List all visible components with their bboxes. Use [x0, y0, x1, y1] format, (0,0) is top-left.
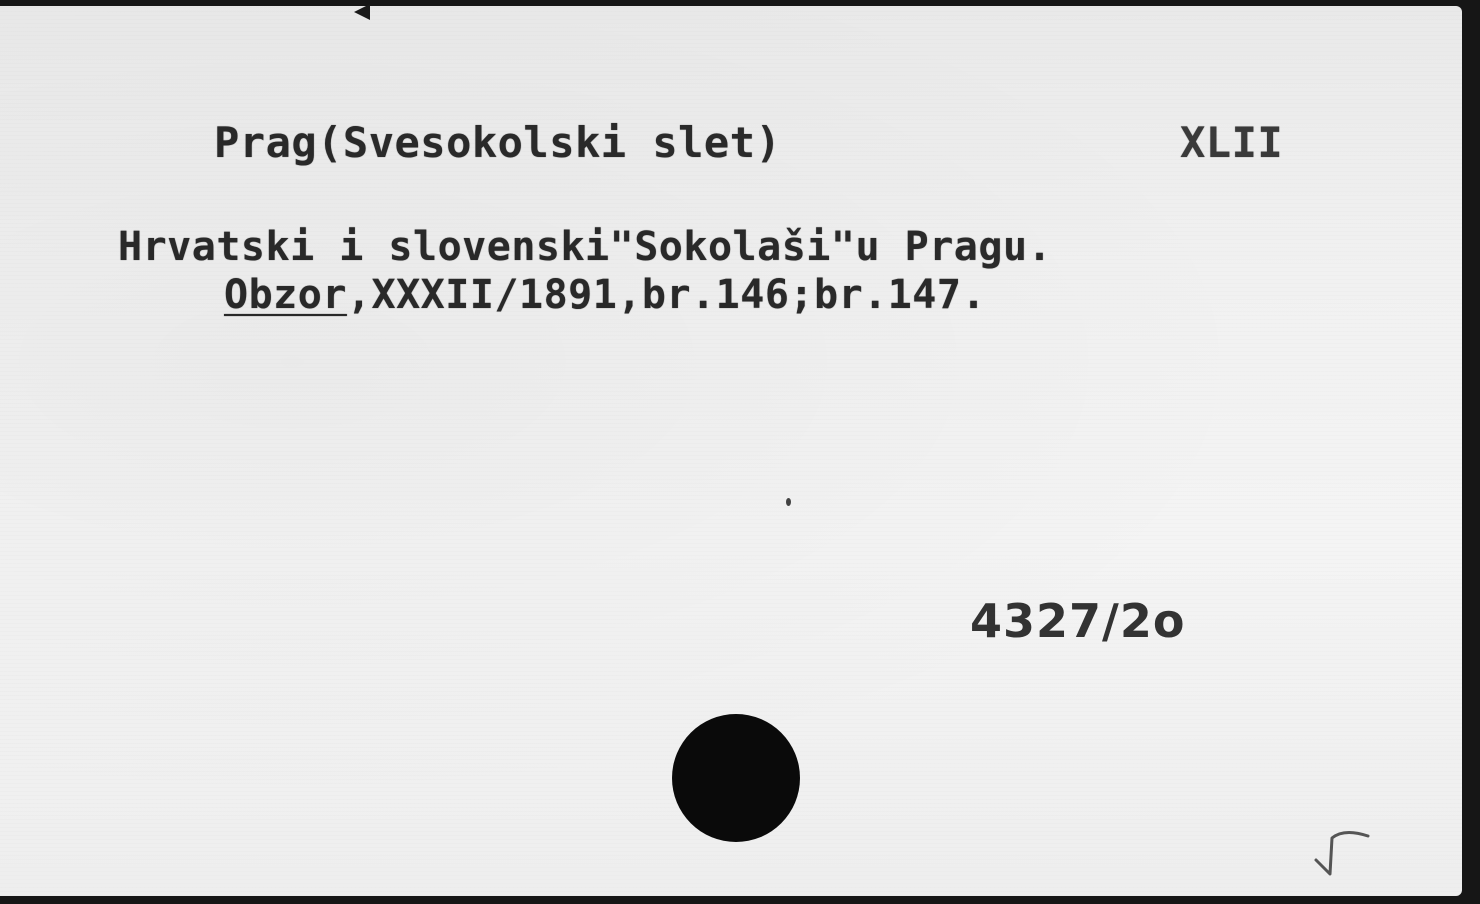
card-edge-notch: [354, 4, 370, 20]
ink-speck: [786, 498, 791, 506]
checkmark-icon: [1310, 826, 1380, 896]
catalog-card: Prag(Svesokolski slet) XLII Hrvatski i s…: [0, 6, 1462, 896]
card-heading: Prag(Svesokolski slet): [214, 118, 781, 167]
source-citation: Obzor,XXXII/1891,br.146;br.147.: [224, 272, 986, 318]
source-details: ,XXXII/1891,br.146;br.147.: [347, 272, 986, 318]
call-number: 4327/2o: [970, 594, 1185, 648]
source-name: Obzor: [224, 272, 347, 318]
classification-number: XLII: [1180, 118, 1283, 167]
punch-hole: [672, 714, 800, 842]
article-title: Hrvatski i slovenski"Sokolaši"u Pragu.: [118, 224, 1052, 270]
